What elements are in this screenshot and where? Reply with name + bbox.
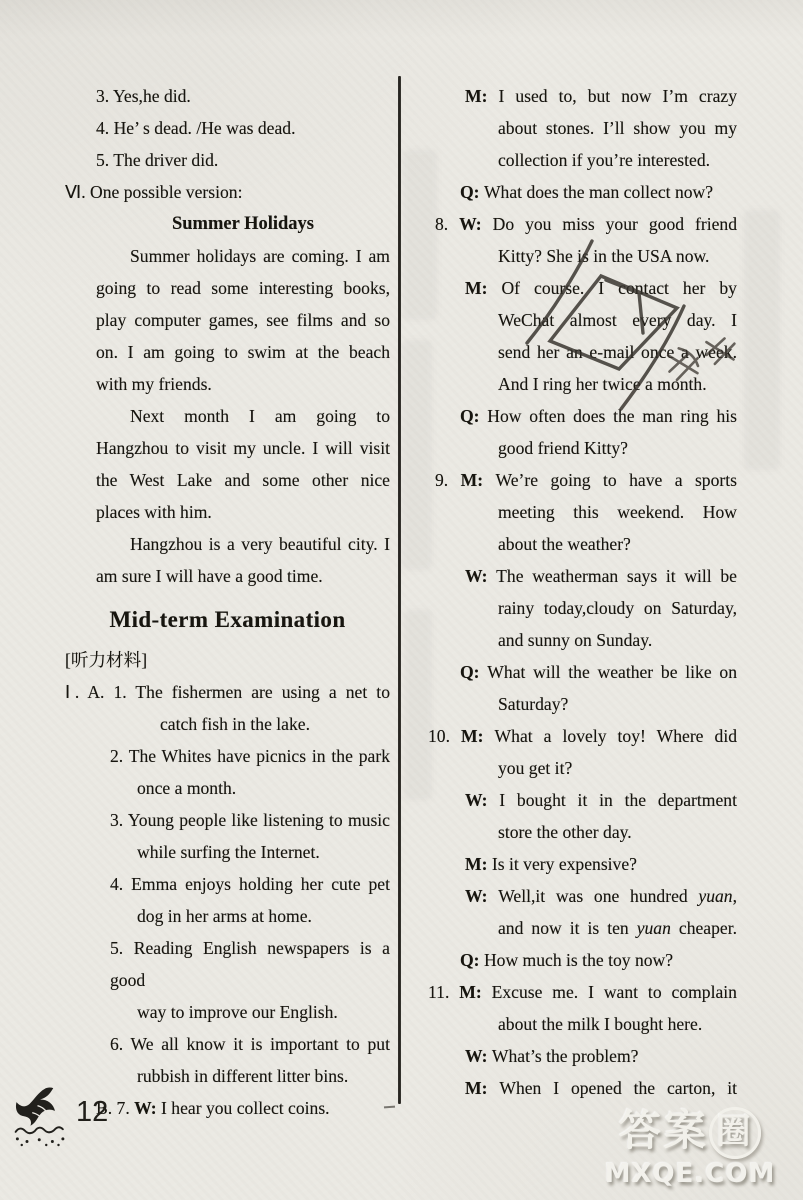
scanned-answer-page: 3. Yes,he did.4. He’ s dead. /He was dea…	[0, 0, 803, 1200]
text-line: Ⅵ. One possible version:	[65, 176, 390, 208]
text-line: 5. Reading English newspapers is a good	[110, 932, 390, 996]
text-line: once a month.	[137, 772, 390, 804]
text-line: dog in her arms at home.	[137, 900, 390, 932]
dolphin-logo-icon	[13, 1086, 69, 1148]
text-line: And I ring her twice a month.	[498, 368, 737, 400]
text-line: Q: What will the weather be like on	[460, 656, 737, 688]
text-line: 4. He’ s dead. /He was dead.	[96, 112, 390, 144]
text-line: 5. The driver did.	[96, 144, 390, 176]
text-line: store the other day.	[498, 816, 737, 848]
watermark: 答案圈 MXQE.COM	[585, 1106, 795, 1189]
text-line: 10. M: What a lovely toy! Where did	[428, 720, 737, 752]
text-line: rubbish in different litter bins.	[137, 1060, 390, 1092]
text-line: W: Well,it was one hundred yuan,	[465, 880, 737, 912]
text-line: good friend Kitty?	[498, 432, 737, 464]
text-line: Q: How much is the toy now?	[460, 944, 737, 976]
text-line: W: The weatherman says it will be	[465, 560, 737, 592]
text-line: rainy today,cloudy on Saturday,	[498, 592, 737, 624]
text-line: catch fish in the lake.	[160, 708, 390, 740]
text-line: W: What’s the problem?	[465, 1040, 737, 1072]
ink-bleedthrough	[744, 210, 780, 470]
text-line: meeting this weekend. How	[498, 496, 737, 528]
text-line: am sure I will have a good time.	[96, 560, 390, 592]
text-line: about stones. I’ll show you my	[498, 112, 737, 144]
text-line: Q: What does the man collect now?	[460, 176, 737, 208]
text-line: 4. Emma enjoys holding her cute pet	[110, 868, 390, 900]
text-line: Saturday?	[498, 688, 737, 720]
text-line: Kitty? She is in the USA now.	[498, 240, 737, 272]
text-line: 3. Yes,he did.	[96, 80, 390, 112]
text-line: M: I used to, but now I’m crazy	[465, 80, 737, 112]
text-line: WeChat almost every day. I	[498, 304, 737, 336]
text-line: [听力材料]	[65, 644, 390, 676]
text-line: send her an e-mail once a week.	[498, 336, 737, 368]
text-line: collection if you’re interested.	[498, 144, 737, 176]
text-line: B. 7. W: I hear you collect coins.	[96, 1092, 390, 1124]
text-line: while surfing the Internet.	[137, 836, 390, 868]
text-line: play computer games, see films and so	[96, 304, 390, 336]
right-column: M: I used to, but now I’m crazyabout sto…	[420, 80, 737, 1104]
text-line: 6. We all know it is important to put	[110, 1028, 390, 1060]
text-line: about the weather?	[498, 528, 737, 560]
text-line: 3. Young people like listening to music	[110, 804, 390, 836]
watermark-logo-text: 答案圈	[585, 1106, 795, 1159]
text-line: 2. The Whites have picnics in the park	[110, 740, 390, 772]
text-line: 9. M: We’re going to have a sports	[435, 464, 737, 496]
text-line: 11. M: Excuse me. I want to complain	[428, 976, 737, 1008]
text-line: M: Is it very expensive?	[465, 848, 737, 880]
stray-mark	[384, 1106, 395, 1109]
text-line: Summer holidays are coming. I am	[130, 240, 390, 272]
text-line: on. I am going to swim at the beach	[96, 336, 390, 368]
text-line: M: When I opened the carton, it	[465, 1072, 737, 1104]
text-line: with my friends.	[96, 368, 390, 400]
text-line: places with him.	[96, 496, 390, 528]
text-line: Hangzhou to visit my uncle. I will visit	[96, 432, 390, 464]
essay-title: Summer Holidays	[96, 208, 390, 240]
text-line: you get it?	[498, 752, 737, 784]
text-line: W: I bought it in the department	[465, 784, 737, 816]
text-line: Next month I am going to	[130, 400, 390, 432]
text-line: way to improve our English.	[137, 996, 390, 1028]
column-divider	[398, 76, 401, 1104]
watermark-url: MXQE.COM	[585, 1159, 795, 1189]
section-heading: Mid-term Examination	[65, 598, 390, 642]
text-line: 8. W: Do you miss your good friend	[435, 208, 737, 240]
text-line: Q: How often does the man ring his	[460, 400, 737, 432]
text-line: the West Lake and some other nice	[96, 464, 390, 496]
text-line: M: Of course. I contact her by	[465, 272, 737, 304]
text-line: and now it is ten yuan cheaper.	[498, 912, 737, 944]
text-line: Hangzhou is a very beautiful city. I	[130, 528, 390, 560]
text-line: going to read some interesting books,	[96, 272, 390, 304]
text-line: and sunny on Sunday.	[498, 624, 737, 656]
page-number: 12	[76, 1096, 108, 1129]
watermark-circle-char: 圈	[709, 1107, 761, 1159]
text-line: about the milk I bought here.	[498, 1008, 737, 1040]
text-line: Ⅰ. A. 1. The fishermen are using a net t…	[65, 676, 390, 708]
left-column: 3. Yes,he did.4. He’ s dead. /He was dea…	[65, 80, 390, 1124]
